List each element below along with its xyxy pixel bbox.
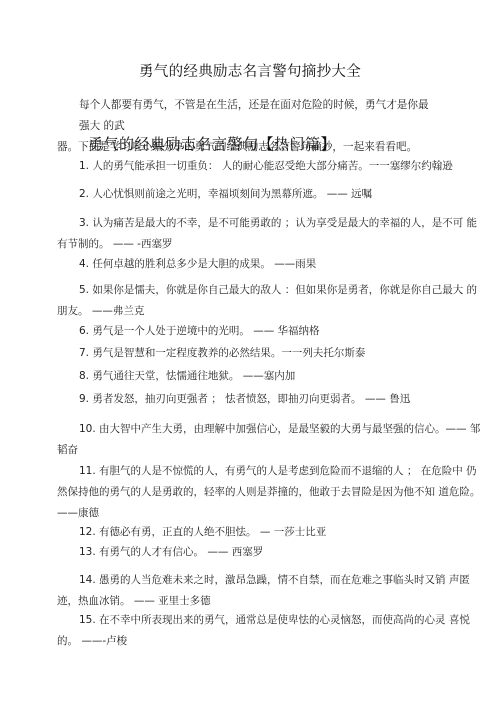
- quote-item-6: 6. 勇气是一个人处于逆境中的光明。 —— 华福纳格: [57, 321, 442, 342]
- quote-item-9: 9. 勇者发怒，抽刃向更强者 ； 怯者愤怒，即抽刃向更弱者。 —— 鲁迅: [57, 389, 442, 410]
- quote-item-1: 1. 人的勇气能承担一切重负： 人的耐心能忍受绝大部分痛苦。一一塞缪尔约翰逊: [57, 156, 442, 177]
- intro-line-1: 每个人都要有勇气，不管是在生活，还是在面对危险的时候，勇气才是你最强大 的武: [57, 95, 437, 137]
- quote-item-2: 2. 人心忧惧则前途之光明，幸福顷刻间为黑幕所遮。 —— 远嘱: [57, 184, 442, 205]
- quote-item-5: 5. 如果你是懦夫，你就是你自己最大的敌人 ：但如果你是勇者，你就是你自己最大 …: [57, 280, 442, 322]
- quote-item-7: 7. 勇气是智慧和一定程度教养的必然结果。一一列夫托尔斯泰: [57, 343, 442, 364]
- quote-item-4: 4. 任何卓越的胜利总多少是大胆的成果。 ——雨果: [57, 254, 442, 275]
- quote-item-14: 14. 愚勇的人当危难未来之时，激昂急躁，情不自禁，而在危难之事临头时又销 声匿…: [57, 570, 442, 612]
- quote-item-11: 11. 有胆气的人是不惊慌的人，有勇气的人是考虑到危险而不退缩的人 ； 在危险中…: [57, 461, 442, 524]
- quote-item-10: 10. 由大智中产生大勇，由理解中加强信心，是最坚毅的大勇与最坚强的信心。—— …: [57, 419, 442, 461]
- quote-item-13: 13. 有勇气的人才有信心。 —— 西塞罗: [57, 542, 442, 563]
- quote-item-3: 3. 认为痛苦是最大的不幸，是不可能勇敢的 ；认为享受是最大的幸福的人，是不可 …: [57, 213, 442, 255]
- quote-item-12: 12. 有德必有勇，正直的人绝不胆怯。 — 一莎士比亚: [57, 522, 442, 543]
- quote-item-8: 8. 勇气通往天堂，怯懦通往地狱。 ——塞内加: [57, 366, 442, 387]
- document-page: 勇气的经典励志名言警句摘抄大全 每个人都要有勇气，不管是在生活，还是在面对危险的…: [0, 0, 500, 708]
- section-heading: 勇气的经典励志名言警句【热门篇】: [88, 133, 336, 154]
- document-title: 勇气的经典励志名言警句摘抄大全: [0, 60, 500, 81]
- quote-item-15: 15. 在不幸中所表现出来的勇气，通常总是使卑怯的心灵恼怒，而使高尚的心灵 喜悦…: [57, 610, 442, 652]
